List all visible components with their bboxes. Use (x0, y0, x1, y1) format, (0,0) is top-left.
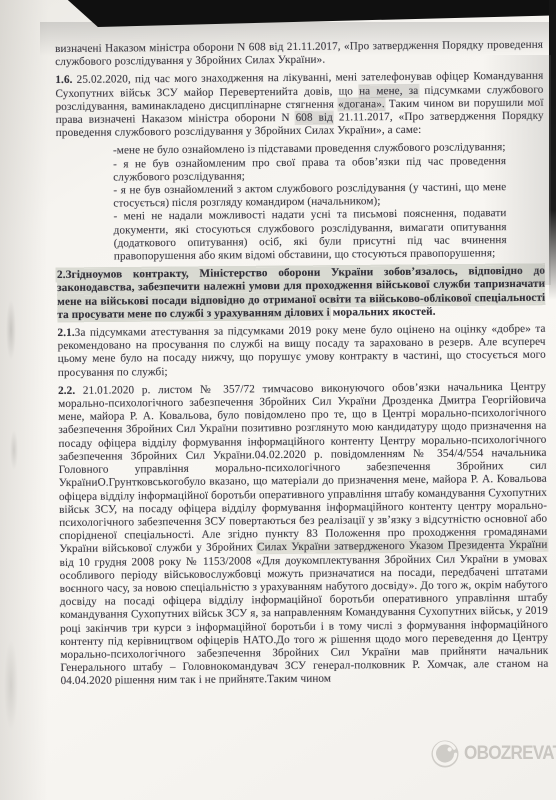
paragraph-intro-continuation: визначені Наказом міністра оборони N 608… (55, 39, 543, 70)
text-segment: - я не був ознайомленим про свої права т… (113, 155, 506, 184)
highlighted-text: Силах України затвердженого Указом Прези… (257, 539, 547, 554)
text-segment: - мені не надали можливості надати усні … (113, 208, 506, 263)
photo-right-black-edge (549, 0, 556, 300)
obozrevatel-logo-icon (430, 739, 460, 769)
highlighted-text: на мене, за (359, 84, 418, 97)
text-segment: від 10 грудня 2008 року № 1153/2008 «Для… (59, 552, 548, 687)
paper-smudge (4, 640, 18, 730)
watermark: OBOZREVATEL (430, 738, 556, 770)
highlighted-text: «догана». (338, 98, 385, 110)
text-segment: визначені Наказом міністра оборони N 608… (55, 39, 543, 68)
document-photo: визначені Наказом міністра оборони N 608… (0, 0, 556, 800)
highlighted-text: 2.Згідноумов контракту, Міністерство обо… (57, 265, 545, 321)
left-edge-shadow (0, 0, 48, 800)
paper-smudge (6, 300, 16, 360)
paragraph-2-1: 2.1.За підсумками атестування за підсумк… (57, 323, 545, 380)
document-body: визначені Наказом міністра оборони N 608… (55, 39, 549, 694)
text-segment: 21.01.2020 р. листом № 357/72 тимчасово … (58, 381, 547, 556)
photo-top-black-edge (0, 0, 556, 27)
text-segment: моральних якостей. (330, 306, 436, 319)
text-segment: За підсумками атестування за підсумками … (58, 323, 546, 379)
text-segment: 2.1. (57, 327, 74, 339)
text-segment: 2.2. (58, 385, 75, 397)
paragraph-1-6: 1.6. 25.02.2020, під час мого знаходженн… (55, 70, 544, 140)
paragraph-2: 2.Згідноумов контракту, Міністерство обо… (57, 265, 545, 322)
paper-smudge (10, 430, 18, 470)
watermark-text: OBOZREVATEL (464, 743, 556, 765)
text-segment: - я не був ознайомлений з актом службово… (113, 181, 506, 210)
bullet-4: - мені не надали можливості надати усні … (56, 207, 544, 264)
highlighted-text: 608 від (296, 112, 334, 124)
text-segment: 1.6. (55, 74, 72, 86)
paragraph-2-2: 2.2. 21.01.2020 р. листом № 357/72 тимча… (58, 381, 549, 689)
